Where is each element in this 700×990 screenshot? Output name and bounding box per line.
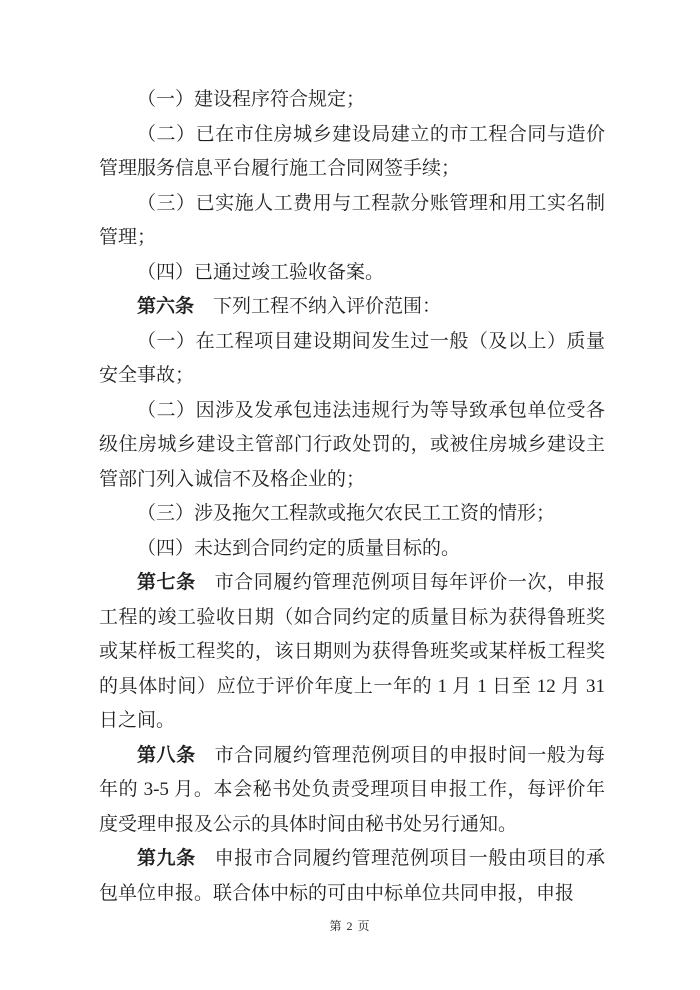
- article-number: 第七条: [137, 572, 196, 593]
- paragraph: （一）在工程项目建设期间发生过一般（及以上）质量安全事故；: [99, 325, 605, 394]
- paragraph: （三）已实施人工费用与工程款分账管理和用工实名制管理；: [99, 187, 605, 256]
- article-number: 第九条: [137, 848, 196, 869]
- paragraph: 第八条市合同履约管理范例项目的申报时间一般为每年的 3-5 月。本会秘书处负责受…: [99, 739, 605, 843]
- paragraph: 第九条申报市合同履约管理范例项目一般由项目的承包单位申报。联合体中标的可由中标单…: [99, 842, 605, 911]
- document-body: （一）建设程序符合规定；（二）已在市住房城乡建设局建立的市工程合同与造价管理服务…: [99, 83, 605, 911]
- paragraph: （二）已在市住房城乡建设局建立的市工程合同与造价管理服务信息平台履行施工合同网签…: [99, 118, 605, 187]
- document-page: （一）建设程序符合规定；（二）已在市住房城乡建设局建立的市工程合同与造价管理服务…: [0, 0, 700, 990]
- paragraph: （一）建设程序符合规定；: [99, 83, 605, 118]
- paragraph: （四）已通过竣工验收备案。: [99, 256, 605, 291]
- paragraph: （二）因涉及发承包违法违规行为等导致承包单位受各级住房城乡建设主管部门行政处罚的…: [99, 394, 605, 498]
- paragraph: （三）涉及拖欠工程款或拖欠农民工工资的情形；: [99, 497, 605, 532]
- page-number: 第 2 页: [329, 919, 370, 933]
- paragraph: 第七条市合同履约管理范例项目每年评价一次，申报工程的竣工验收日期（如合同约定的质…: [99, 566, 605, 739]
- article-number: 第六条: [137, 296, 194, 317]
- page-footer: 第 2 页: [0, 917, 700, 934]
- paragraph: 第六条下列工程不纳入评价范围：: [99, 290, 605, 325]
- paragraph: （四）未达到合同约定的质量目标的。: [99, 532, 605, 567]
- article-number: 第八条: [137, 745, 196, 766]
